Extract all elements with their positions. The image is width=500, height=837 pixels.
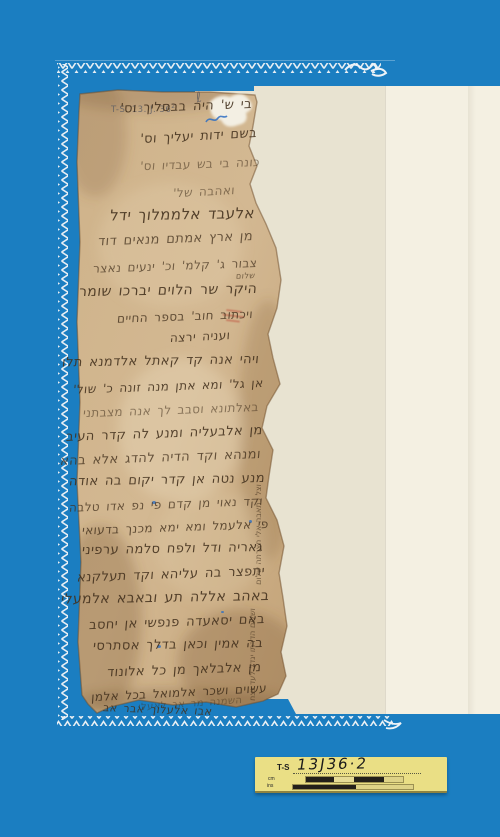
ins-scale-segment: [356, 785, 413, 789]
cm-label: cm: [268, 776, 275, 782]
thread-tangle-top-right: [345, 64, 386, 76]
ins-label: ins: [267, 783, 273, 789]
manuscript-line: בה אמין וכאן בדלך אסתרסי: [92, 636, 264, 654]
manuscript-line: אלעבד אלממלוך ידל: [109, 204, 256, 225]
sleeve-top-edge: [55, 60, 395, 61]
scale-card-ts-label: T-S: [277, 763, 289, 772]
ins-scale-bar: [293, 785, 413, 789]
cm-scale-segment: [306, 777, 334, 782]
cm-scale-segment: [384, 777, 403, 782]
scale-card-classmark: 13J36·2: [295, 754, 369, 773]
thread-tail-bottom-right: [384, 720, 401, 728]
zigzag-stitching-bottom: [57, 716, 393, 726]
scale-card-dotted-line: [293, 773, 421, 774]
zigzag-stitching-left: [58, 64, 68, 720]
manuscript-line: גאריה ודל ולפח סלמה ערפיני: [81, 540, 264, 558]
manuscript-line: היקר שר הלוים יברכו שומר: [78, 281, 258, 300]
cm-scale-segment: [334, 777, 354, 782]
ins-scale-segment: [293, 785, 356, 789]
zigzag-stitching-top: [57, 63, 381, 73]
manuscript-margin-line: וצל כתאבה אלי חצרתה שלום: [254, 484, 263, 586]
cm-scale-bar: [306, 777, 403, 782]
backing-board-shadow: [468, 86, 476, 714]
manuscript-line: אבו אלעלוך אבר אב: [102, 701, 213, 718]
cm-scale-segment: [354, 777, 384, 782]
scale-card: T-S 13J36·2 cm ins: [255, 757, 447, 793]
manuscript-interlinear-word: שלום: [235, 271, 255, 281]
manuscript-margin-line: ושלום הדרתו יגדל לעד נצח: [248, 608, 257, 702]
backing-board-fold: [385, 86, 500, 714]
photo-background: T-S. 13. J. 362 ℓ בי ש' היה בבסליך וס' ב…: [0, 0, 500, 837]
